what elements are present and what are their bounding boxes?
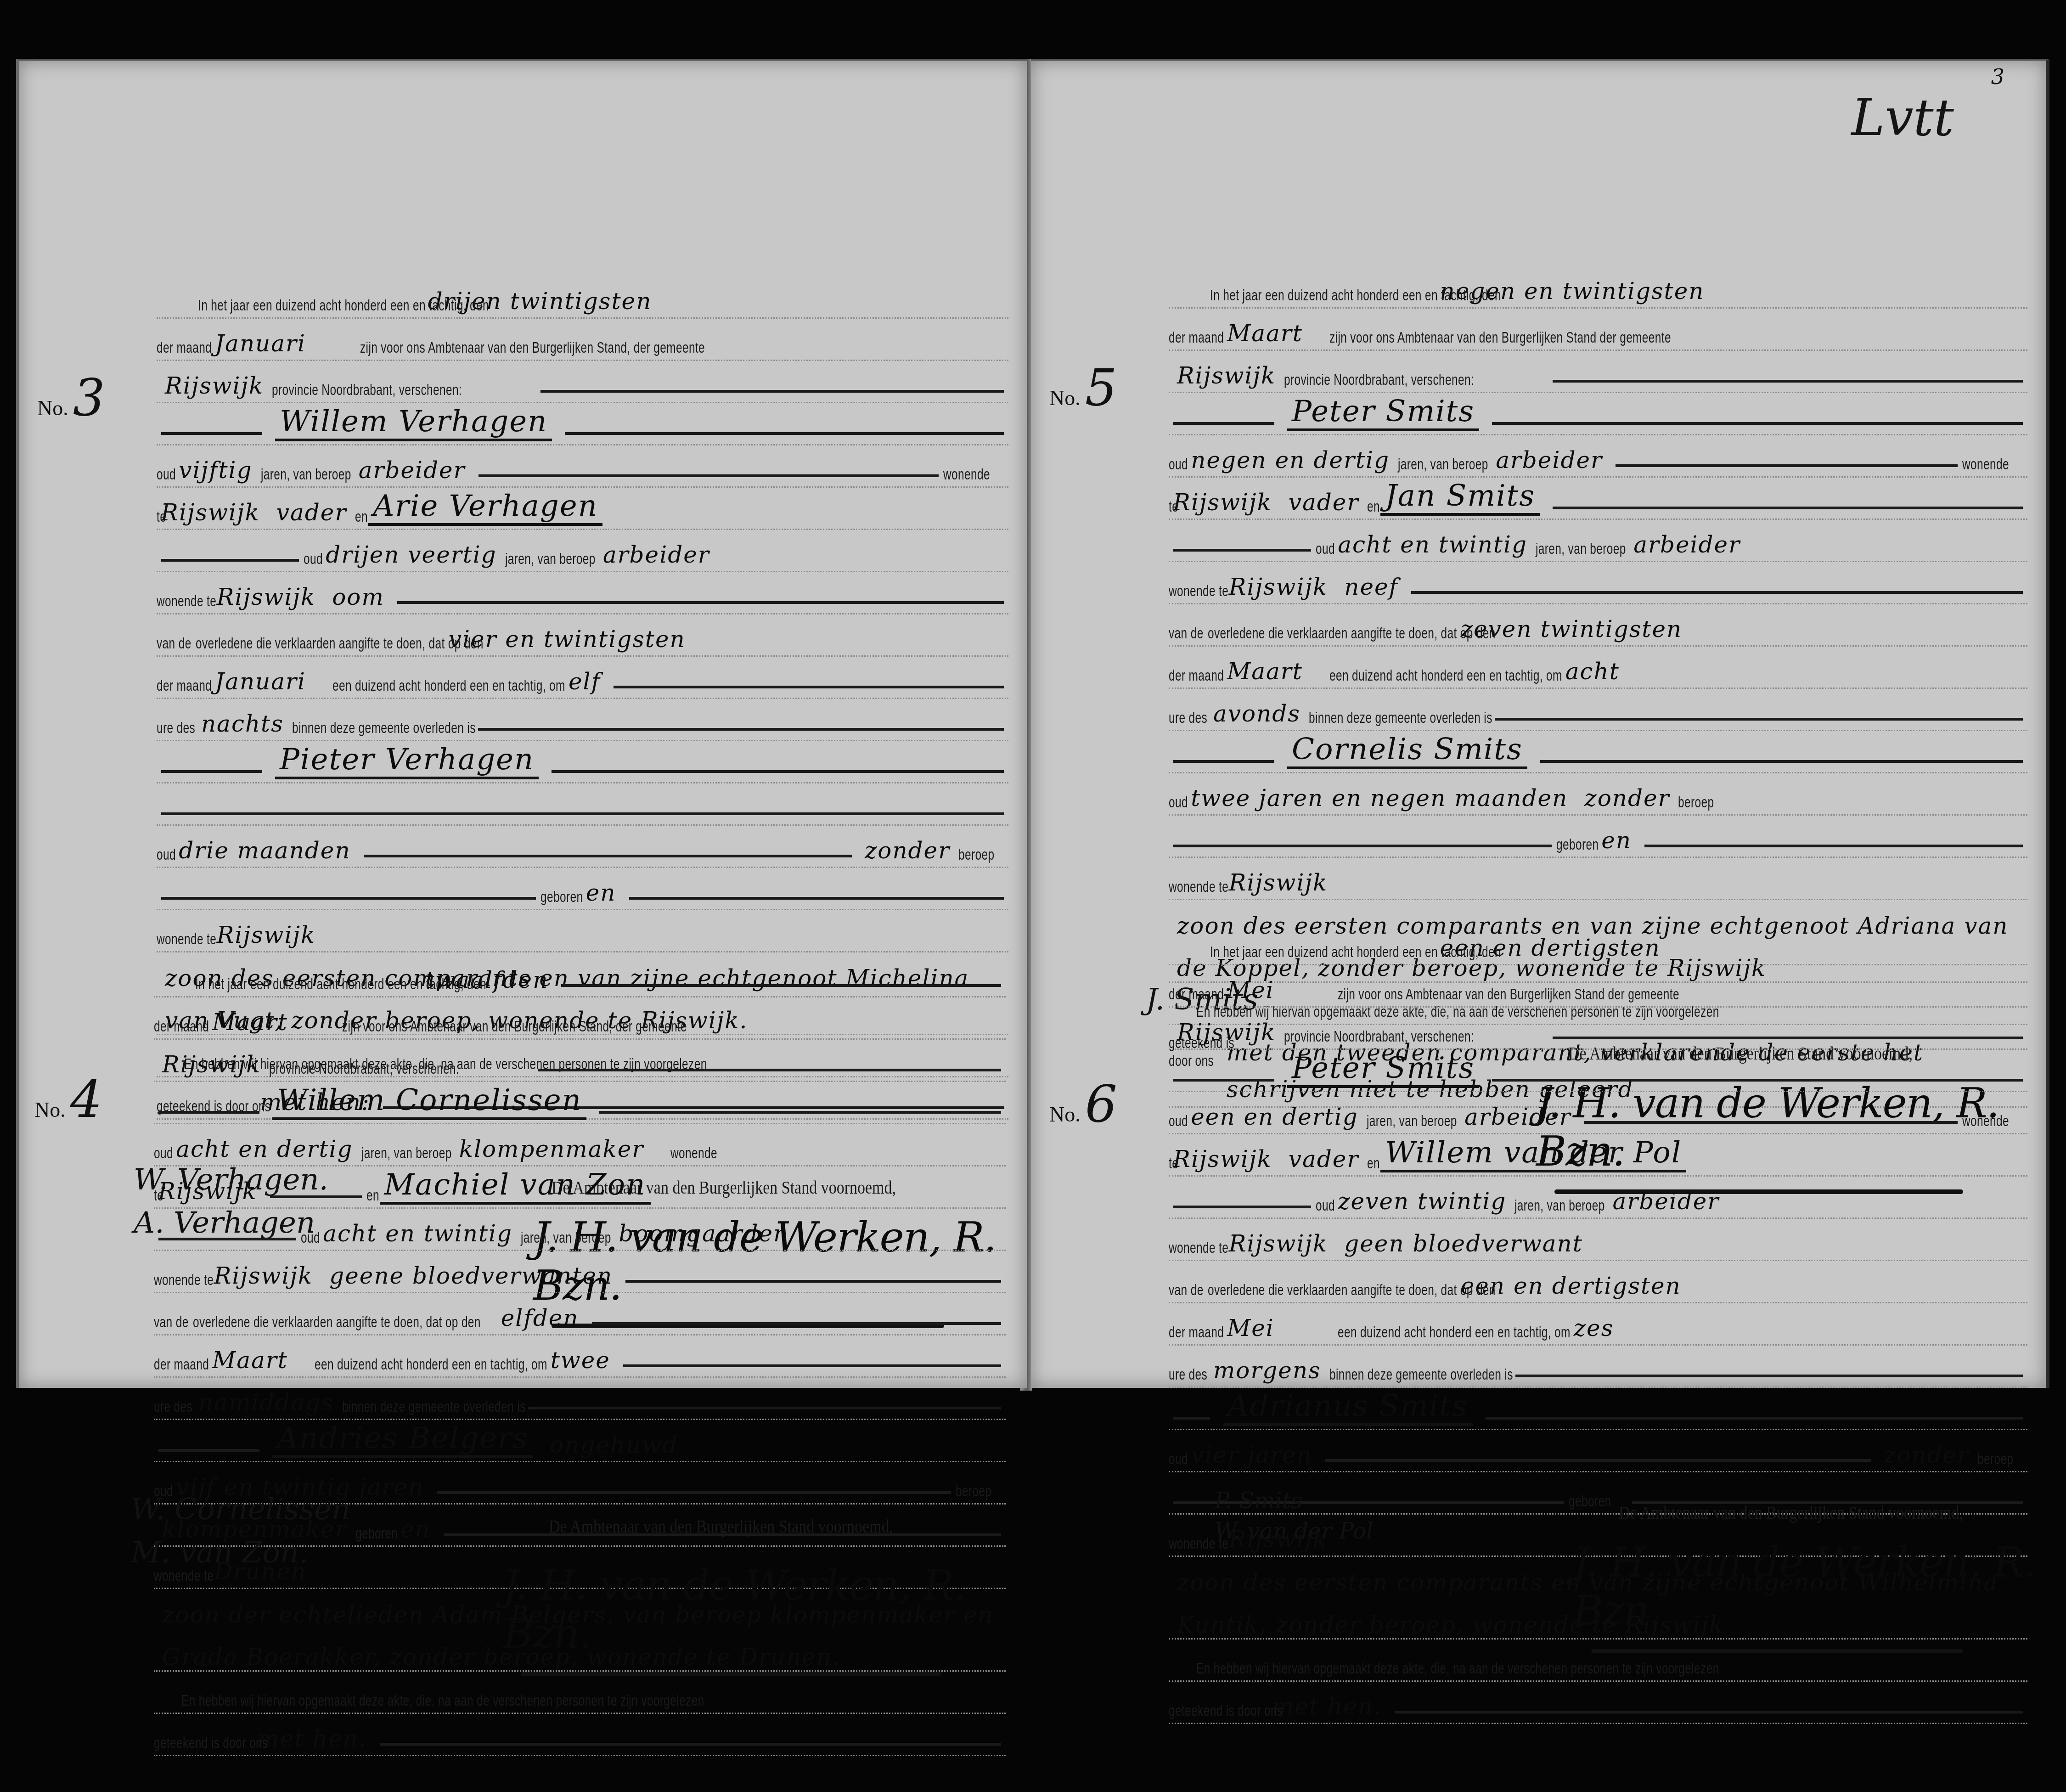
act-number: No.5 (1049, 358, 1117, 417)
declarant-name: Willem Verhagen (275, 405, 552, 441)
official-label: De Ambtenaar van den Burgerlijken Stand … (1619, 1502, 1963, 1523)
official-label: De Ambtenaar van den Burgerlijken Stand … (549, 1516, 893, 1537)
deceased-name: Pieter Verhagen (275, 743, 539, 779)
margin-mark: Lvtt (1851, 88, 1954, 147)
witness-signatures: P. Smits W. van der Pol (1215, 1488, 1373, 1553)
witness-signatures: W. Cornelissen M. van Zon. (131, 1493, 350, 1579)
official-signature: J. H. van de Werken, R. Bzn. (503, 1561, 1024, 1658)
act-number: No.3 (37, 368, 105, 427)
page-number: 3 (1991, 64, 2004, 89)
act-number: No.4 (34, 1070, 102, 1129)
act-number: No.6 (1049, 1075, 1117, 1133)
official-signature: J. H. van de Werken, R. Bzn. (1573, 1538, 2046, 1635)
